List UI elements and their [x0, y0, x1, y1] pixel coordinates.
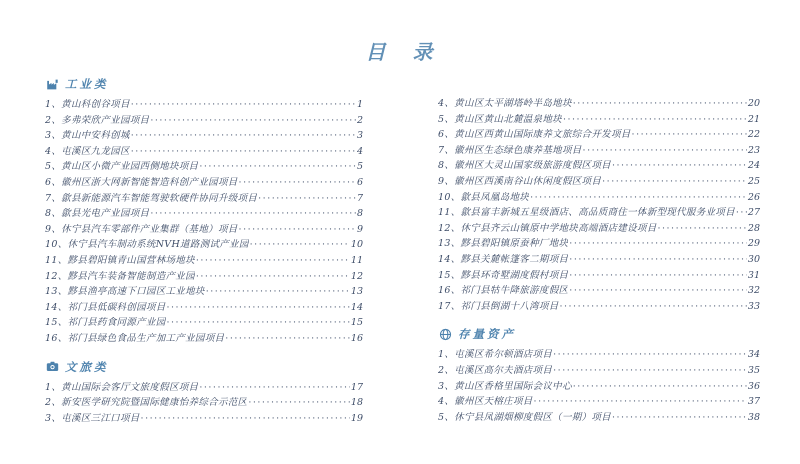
toc-entry[interactable]: 10、歙县凤凰岛地块26 — [438, 190, 760, 206]
toc-entry[interactable]: 6、徽州区浙大网新智能智造科创产业园项目6 — [45, 175, 363, 191]
dot-leader — [196, 269, 350, 285]
dot-leader — [196, 253, 350, 269]
toc-entry-page: 9 — [357, 222, 363, 238]
dot-leader — [569, 283, 747, 299]
toc-entry[interactable]: 4、黄山区太平湖塔岭半岛地块20 — [438, 96, 760, 112]
toc-entry-label: 17、祁门县倒湖十八湾项目 — [438, 299, 559, 315]
section-label: 工业类 — [65, 76, 109, 92]
toc-entry-label: 6、黄山区西黄山国际康养文旅综合开发项目 — [438, 127, 631, 143]
dot-leader — [658, 221, 747, 237]
globe-icon — [439, 328, 452, 341]
dot-leader — [250, 237, 350, 253]
toc-entry[interactable]: 12、黟县汽车装备智能制造产业园12 — [45, 269, 363, 285]
toc-entry-page: 17 — [351, 380, 363, 396]
toc-entry[interactable]: 14、黟县关麓帐篷客二期项目30 — [438, 252, 760, 268]
dot-leader — [258, 191, 356, 207]
dot-leader — [167, 315, 350, 331]
toc-entry-label: 12、黟县汽车装备智能制造产业园 — [45, 269, 195, 285]
toc-entry-page: 37 — [748, 394, 760, 410]
toc-entry[interactable]: 1、屯溪区希尔顿酒店项目34 — [438, 347, 760, 363]
toc-entry-page: 15 — [351, 315, 363, 331]
toc-entry-page: 21 — [748, 112, 760, 128]
toc-entry[interactable]: 12、休宁县齐云山镇原中学地块高端酒店建设项目28 — [438, 221, 760, 237]
toc-entry[interactable]: 2、新安医学研究院暨国际健康怡养综合示范区18 — [45, 395, 363, 411]
toc-entry-page: 24 — [748, 158, 760, 174]
toc-entry[interactable]: 2、屯溪区高尔夫酒店项目35 — [438, 363, 760, 379]
dot-leader — [573, 96, 747, 112]
toc-entry-label: 2、多弗荣欣产业园项目 — [45, 113, 149, 129]
toc-entry-page: 22 — [748, 127, 760, 143]
dot-leader — [563, 112, 747, 128]
toc-entry-label: 11、黟县碧阳镇青山国营林场地块 — [45, 253, 195, 269]
dot-leader — [736, 205, 747, 221]
toc-entry-label: 11、歙县富丰新城五星级酒店、高品质商住一体新型现代服务业项目 — [438, 205, 735, 221]
toc-entry[interactable]: 16、祁门县牯牛降旅游度假区32 — [438, 283, 760, 299]
dot-leader — [167, 300, 350, 316]
toc-entry[interactable]: 17、祁门县倒湖十八湾项目33 — [438, 299, 760, 315]
toc-entry[interactable]: 5、休宁县凤湖烟柳度假区（一期）项目38 — [438, 410, 760, 426]
toc-entry-label: 9、休宁县汽车零部件产业集群（基地）项目 — [45, 222, 238, 238]
toc-entry-page: 18 — [351, 395, 363, 411]
toc-entry-label: 3、黄山区香格里国际会议中心 — [438, 379, 572, 395]
dot-leader — [206, 284, 350, 300]
toc-entry-label: 10、歙县凤凰岛地块 — [438, 190, 529, 206]
dot-leader — [602, 174, 747, 190]
toc-entry-label: 15、黟县环奇墅湖度假村项目 — [438, 268, 568, 284]
toc-entry[interactable]: 7、歙县新能源汽车智能驾驶软硬件协同升级项目7 — [45, 191, 363, 207]
toc-entry-page: 11 — [351, 253, 363, 269]
toc-entry-page: 4 — [357, 144, 363, 160]
toc-entry-label: 5、黄山区小微产业园西侧地块项目 — [45, 159, 198, 175]
section-label: 文旅类 — [65, 359, 109, 375]
toc-entry-label: 2、新安医学研究院暨国际健康怡养综合示范区 — [45, 395, 247, 411]
toc-entry[interactable]: 5、黄山区黄山北麓温泉地块21 — [438, 112, 760, 128]
toc-entry-page: 26 — [748, 190, 760, 206]
toc-entry[interactable]: 16、祁门县绿色食品生产加工产业园项目16 — [45, 331, 363, 347]
toc-entry-label: 4、黄山区太平湖塔岭半岛地块 — [438, 96, 572, 112]
toc-entry-page: 28 — [748, 221, 760, 237]
dot-leader — [248, 395, 350, 411]
dot-leader — [560, 299, 747, 315]
toc-entry[interactable]: 7、徽州区生态绿色康养基地项目23 — [438, 143, 760, 159]
toc-entry-page: 1 — [357, 97, 363, 113]
toc-entry-label: 5、休宁县凤湖烟柳度假区（一期）项目 — [438, 410, 611, 426]
toc-column-right: 4、黄山区太平湖塔岭半岛地块205、黄山区黄山北麓温泉地块216、黄山区西黄山国… — [438, 75, 760, 426]
toc-entry-label: 12、休宁县齐云山镇原中学地块高端酒店建设项目 — [438, 221, 657, 237]
toc-entry-page: 36 — [748, 379, 760, 395]
toc-entry[interactable]: 3、黄山区香格里国际会议中心36 — [438, 379, 760, 395]
toc-entry-page: 23 — [748, 143, 760, 159]
toc-entry-label: 1、黄山科创谷项目 — [45, 97, 130, 113]
toc-entry[interactable]: 8、歙县光电产业园项目8 — [45, 206, 363, 222]
toc-column-left: 工业类1、黄山科创谷项目12、多弗荣欣产业园项目23、黄山中安科创城34、屯溪区… — [45, 75, 363, 426]
toc-entry-page: 19 — [351, 411, 363, 427]
toc-entry-page: 12 — [351, 269, 363, 285]
dot-leader — [150, 113, 356, 129]
toc-page: 目 录 工业类1、黄山科创谷项目12、多弗荣欣产业园项目23、黄山中安科创城34… — [0, 0, 800, 464]
toc-entry-label: 4、徽州区天榕庄项目 — [438, 394, 533, 410]
toc-entry-page: 6 — [357, 175, 363, 191]
toc-entry-label: 7、徽州区生态绿色康养基地项目 — [438, 143, 582, 159]
toc-entry-label: 16、祁门县牯牛降旅游度假区 — [438, 283, 568, 299]
toc-entry-label: 13、黟县渔亭高速下口园区工业地块 — [45, 284, 205, 300]
toc-entry-page: 29 — [748, 236, 760, 252]
dot-leader — [612, 410, 747, 426]
toc-entry[interactable]: 4、徽州区天榕庄项目37 — [438, 394, 760, 410]
dot-leader — [534, 394, 747, 410]
toc-entry-label: 8、徽州区大灵山国家级旅游度假区项目 — [438, 158, 611, 174]
section-header: 工业类 — [46, 76, 363, 92]
toc-entry-label: 10、休宁县汽车制动系统NVH道路测试产业园 — [45, 237, 249, 253]
toc-entry-label: 8、歙县光电产业园项目 — [45, 206, 149, 222]
page-title: 目 录 — [0, 0, 800, 65]
dot-leader — [131, 144, 356, 160]
dot-leader — [573, 379, 747, 395]
toc-entry-page: 35 — [748, 363, 760, 379]
toc-entry[interactable]: 2、多弗荣欣产业园项目2 — [45, 113, 363, 129]
dot-leader — [141, 411, 350, 427]
toc-entry[interactable]: 14、祁门县低碳科创园项目14 — [45, 300, 363, 316]
toc-entry-page: 13 — [351, 284, 363, 300]
toc-entry-page: 8 — [357, 206, 363, 222]
toc-entry-label: 5、黄山区黄山北麓温泉地块 — [438, 112, 562, 128]
toc-entry-label: 2、屯溪区高尔夫酒店项目 — [438, 363, 552, 379]
dot-leader — [569, 268, 747, 284]
dot-leader — [150, 206, 356, 222]
toc-entry[interactable]: 15、黟县环奇墅湖度假村项目31 — [438, 268, 760, 284]
toc-entry[interactable]: 1、黄山国际会客厅文旅度假区项目17 — [45, 380, 363, 396]
toc-entry-label: 14、黟县关麓帐篷客二期项目 — [438, 252, 568, 268]
dot-leader — [530, 190, 747, 206]
toc-entry-page: 16 — [351, 331, 363, 347]
camera-icon — [46, 360, 59, 373]
toc-entry[interactable]: 13、黟县渔亭高速下口园区工业地块13 — [45, 284, 363, 300]
toc-entry-page: 14 — [351, 300, 363, 316]
toc-entry[interactable]: 5、黄山区小微产业园西侧地块项目5 — [45, 159, 363, 175]
toc-entry[interactable]: 15、祁门县药食同源产业园15 — [45, 315, 363, 331]
toc-columns: 工业类1、黄山科创谷项目12、多弗荣欣产业园项目23、黄山中安科创城34、屯溪区… — [0, 65, 800, 426]
toc-entry-label: 15、祁门县药食同源产业园 — [45, 315, 166, 331]
toc-entry-label: 9、徽州区西溪南谷山休闲度假区项目 — [438, 174, 601, 190]
toc-entry-label: 3、屯溪区三江口项目 — [45, 411, 140, 427]
toc-entry-label: 14、祁门县低碳科创园项目 — [45, 300, 166, 316]
toc-entry[interactable]: 9、休宁县汽车零部件产业集群（基地）项目9 — [45, 222, 363, 238]
toc-entry[interactable]: 3、黄山中安科创城3 — [45, 128, 363, 144]
dot-leader — [199, 380, 350, 396]
toc-entry[interactable]: 9、徽州区西溪南谷山休闲度假区项目25 — [438, 174, 760, 190]
toc-entry[interactable]: 6、黄山区西黄山国际康养文旅综合开发项目22 — [438, 127, 760, 143]
toc-entry[interactable]: 8、徽州区大灵山国家级旅游度假区项目24 — [438, 158, 760, 174]
dot-leader — [239, 222, 356, 238]
section-header: 存量资产 — [439, 326, 760, 342]
toc-entry-label: 16、祁门县绿色食品生产加工产业园项目 — [45, 331, 224, 347]
toc-entry-label: 1、黄山国际会客厅文旅度假区项目 — [45, 380, 198, 396]
toc-entry-label: 3、黄山中安科创城 — [45, 128, 130, 144]
toc-entry[interactable]: 1、黄山科创谷项目1 — [45, 97, 363, 113]
toc-entry[interactable]: 4、屯溪区九龙园区4 — [45, 144, 363, 160]
toc-entry[interactable]: 11、黟县碧阳镇青山国营林场地块11 — [45, 253, 363, 269]
toc-entry-page: 20 — [748, 96, 760, 112]
dot-leader — [583, 143, 747, 159]
dot-leader — [131, 128, 356, 144]
toc-entry-page: 7 — [357, 191, 363, 207]
toc-entry-page: 31 — [748, 268, 760, 284]
toc-entry-page: 38 — [748, 410, 760, 426]
toc-entry[interactable]: 13、黟县碧阳镇原蚕种厂地块29 — [438, 236, 760, 252]
dot-leader — [225, 331, 350, 347]
toc-entry[interactable]: 3、屯溪区三江口项目19 — [45, 411, 363, 427]
section-header: 文旅类 — [46, 359, 363, 375]
dot-leader — [553, 347, 747, 363]
dot-leader — [569, 236, 747, 252]
dot-leader — [199, 159, 356, 175]
dot-leader — [612, 158, 747, 174]
toc-entry-page: 10 — [351, 237, 363, 253]
dot-leader — [632, 127, 747, 143]
toc-entry-page: 2 — [357, 113, 363, 129]
toc-entry-page: 34 — [748, 347, 760, 363]
toc-entry-label: 1、屯溪区希尔顿酒店项目 — [438, 347, 552, 363]
toc-entry-page: 33 — [748, 299, 760, 315]
toc-entry[interactable]: 11、歙县富丰新城五星级酒店、高品质商住一体新型现代服务业项目27 — [438, 205, 760, 221]
dot-leader — [569, 252, 747, 268]
section-label: 存量资产 — [458, 326, 516, 342]
toc-entry-page: 30 — [748, 252, 760, 268]
toc-entry-page: 5 — [357, 159, 363, 175]
toc-entry-label: 6、徽州区浙大网新智能智造科创产业园项目 — [45, 175, 238, 191]
dot-leader — [131, 97, 356, 113]
dot-leader — [239, 175, 356, 191]
toc-entry-page: 25 — [748, 174, 760, 190]
toc-entry[interactable]: 10、休宁县汽车制动系统NVH道路测试产业园10 — [45, 237, 363, 253]
toc-entry-label: 13、黟县碧阳镇原蚕种厂地块 — [438, 236, 568, 252]
toc-entry-page: 32 — [748, 283, 760, 299]
factory-icon — [46, 78, 59, 91]
dot-leader — [553, 363, 747, 379]
toc-entry-page: 27 — [748, 205, 760, 221]
toc-entry-label: 4、屯溪区九龙园区 — [45, 144, 130, 160]
toc-entry-label: 7、歙县新能源汽车智能驾驶软硬件协同升级项目 — [45, 191, 257, 207]
toc-entry-page: 3 — [357, 128, 363, 144]
